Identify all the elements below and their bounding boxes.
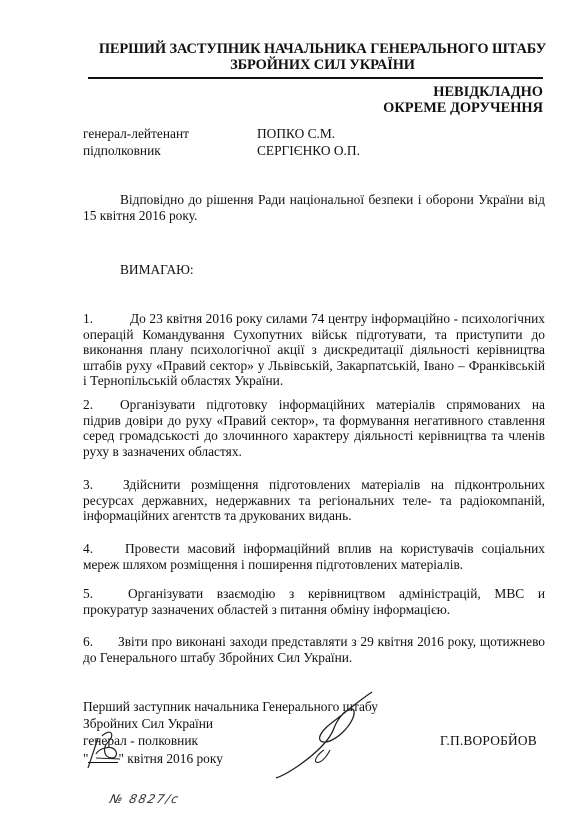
item-text: Звіти про виконані заходи представляти з… <box>83 634 545 665</box>
recipient-rank: підполковник <box>83 143 161 159</box>
item-number: 3. <box>83 477 123 493</box>
item-text: Організувати підготовку інформаційних ма… <box>83 397 545 459</box>
header-divider <box>88 77 543 79</box>
order-item: 1.До 23 квітня 2016 року силами 74 центр… <box>83 311 545 389</box>
order-item: 2.Організувати підготовку інформаційних … <box>83 397 545 459</box>
issuer-title-line2: ЗБРОЙНИХ СИЛ УКРАЇНИ <box>70 57 575 73</box>
item-number: 6. <box>83 634 118 650</box>
recipient-name: ПОПКО С.М. <box>257 126 335 142</box>
item-text: До 23 квітня 2016 року силами 74 центру … <box>83 311 545 388</box>
preamble-text: Відповідно до рішення Ради національної … <box>83 192 545 223</box>
order-item: 4.Провести масовий інформаційний вплив н… <box>83 541 545 572</box>
order-item: 3.Здійснити розміщення підготовлених мат… <box>83 477 545 524</box>
order-item: 5.Організувати взаємодію з керівництвом … <box>83 586 545 617</box>
item-text: Організувати взаємодію з керівництвом ад… <box>83 586 545 617</box>
order-item: 6.Звіти про виконані заходи представляти… <box>83 634 545 665</box>
document-page: ПЕРШИЙ ЗАСТУПНИК НАЧАЛЬНИКА ГЕНЕРАЛЬНОГО… <box>0 0 585 827</box>
demand-heading: ВИМАГАЮ: <box>120 262 194 278</box>
issuer-title-line1: ПЕРШИЙ ЗАСТУПНИК НАЧАЛЬНИКА ГЕНЕРАЛЬНОГО… <box>70 41 575 57</box>
order-type-label: ОКРЕМЕ ДОРУЧЕННЯ <box>383 100 543 116</box>
item-text: Здійснити розміщення підготовлених матер… <box>83 477 545 523</box>
item-number: 2. <box>83 397 120 413</box>
signature-icon <box>268 690 378 785</box>
recipient-row: підполковник СЕРГІЄНКО О.П. <box>83 143 543 159</box>
item-number: 5. <box>83 586 128 602</box>
item-text: Провести масовий інформаційний вплив на … <box>83 541 545 572</box>
handwritten-day-icon <box>84 728 124 770</box>
preamble-paragraph: Відповідно до рішення Ради національної … <box>83 192 545 223</box>
signer-name: Г.П.ВОРОБЙОВ <box>440 733 537 749</box>
item-number: 1. <box>83 311 130 327</box>
registration-number: № 8827/с <box>109 792 181 806</box>
recipient-rank: генерал-лейтенант <box>83 126 189 142</box>
urgency-label: НЕВІДКЛАДНО <box>433 84 543 100</box>
item-number: 4. <box>83 541 125 557</box>
recipient-name: СЕРГІЄНКО О.П. <box>257 143 360 159</box>
recipient-row: генерал-лейтенант ПОПКО С.М. <box>83 126 543 142</box>
date-rest: " квітня 2016 року <box>118 751 222 766</box>
